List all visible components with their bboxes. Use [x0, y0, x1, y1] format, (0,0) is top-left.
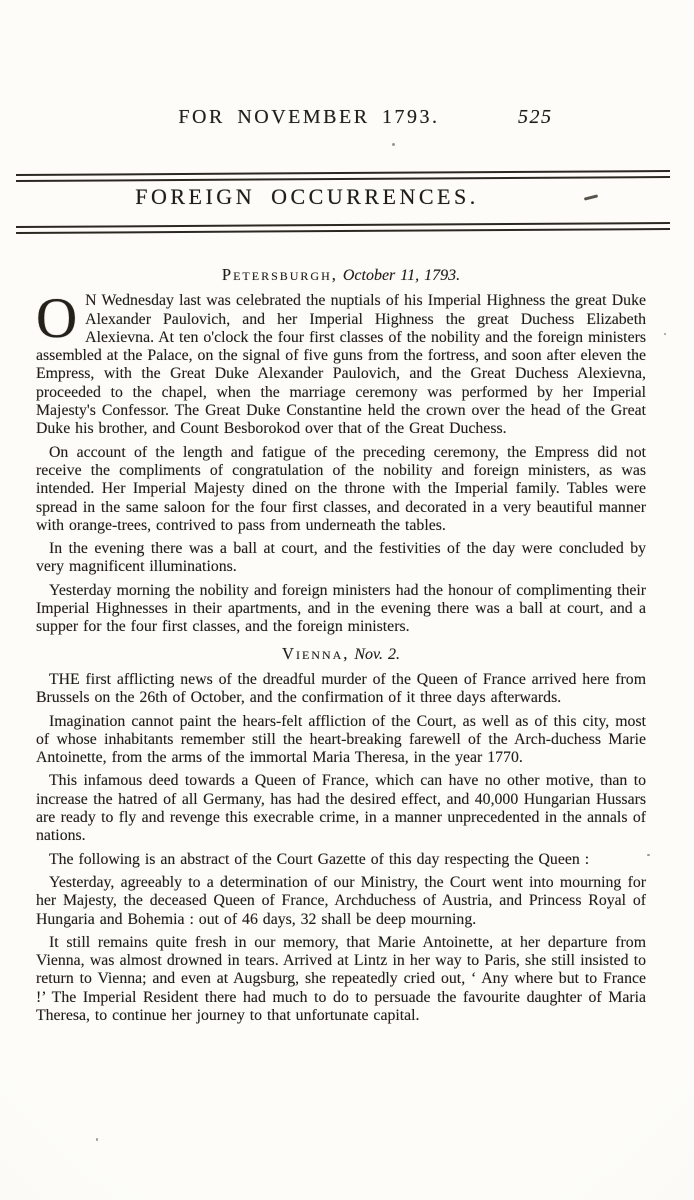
dateline-vienna: Vienna, Nov. 2. [36, 645, 646, 664]
page-number: 525 [518, 106, 553, 129]
paragraph: This infamous deed towards a Queen of Fr… [36, 772, 646, 845]
paragraph-text: Yesterday, agreeably to a determination … [36, 874, 646, 928]
scan-speck [647, 854, 650, 856]
article-body: THE first afflicting news of the dreadfu… [36, 671, 646, 1025]
scan-speck [96, 1138, 98, 1141]
dateline-date: October 11, 1793. [343, 267, 460, 284]
article-body: ON Wednesday last was celebrated the nup… [36, 292, 646, 636]
drop-cap: O [36, 295, 77, 342]
page-content: Petersburgh, October 11, 1793. ON Wednes… [36, 266, 646, 1025]
paragraph-text: N Wednesday last was celebrated the nupt… [36, 292, 646, 437]
double-rule-bottom [16, 222, 670, 234]
dateline-place: Petersburgh, [222, 265, 338, 284]
paragraph: ON Wednesday last was celebrated the nup… [36, 292, 646, 438]
running-head: FOR NOVEMBER 1793. 525 [36, 106, 646, 136]
paragraph-text: This infamous deed towards a Queen of Fr… [36, 772, 646, 844]
dateline-petersburgh: Petersburgh, October 11, 1793. [36, 266, 646, 285]
paragraph: Yesterday, agreeably to a determination … [36, 874, 646, 929]
scan-speck [392, 143, 395, 146]
paragraph: The following is an abstract of the Cour… [36, 851, 646, 869]
scan-speck [664, 333, 666, 335]
dateline-date: Nov. 2. [354, 646, 400, 663]
paragraph-text: On account of the length and fatigue of … [36, 444, 646, 534]
paragraph: THE first afflicting news of the dreadfu… [36, 671, 646, 708]
paragraph: In the evening there was a ball at court… [36, 540, 646, 577]
paragraph-text: It still remains quite fresh in our memo… [36, 934, 646, 1024]
paragraph-text: Yesterday morning the nobility and forei… [36, 582, 646, 636]
scanned-page: FOR NOVEMBER 1793. 525 FOREIGN OCCURRENC… [0, 0, 694, 1200]
paragraph: Imagination cannot paint the hears-felt … [36, 713, 646, 768]
paragraph: Yesterday morning the nobility and forei… [36, 582, 646, 637]
article-vienna: Vienna, Nov. 2. THE first afflicting new… [36, 645, 646, 1026]
section-title: FOREIGN OCCURRENCES. [2, 184, 612, 210]
dateline-place: Vienna, [282, 644, 349, 663]
paragraph-text: In the evening there was a ball at court… [36, 540, 646, 575]
paragraph: On account of the length and fatigue of … [36, 444, 646, 535]
paragraph: It still remains quite fresh in our memo… [36, 934, 646, 1025]
paragraph-text: THE first afflicting news of the dreadfu… [36, 671, 646, 706]
double-rule-top [16, 170, 670, 182]
article-petersburgh: Petersburgh, October 11, 1793. ON Wednes… [36, 266, 646, 637]
paragraph-text: Imagination cannot paint the hears-felt … [36, 713, 646, 767]
paragraph-text: The following is an abstract of the Cour… [49, 851, 589, 868]
